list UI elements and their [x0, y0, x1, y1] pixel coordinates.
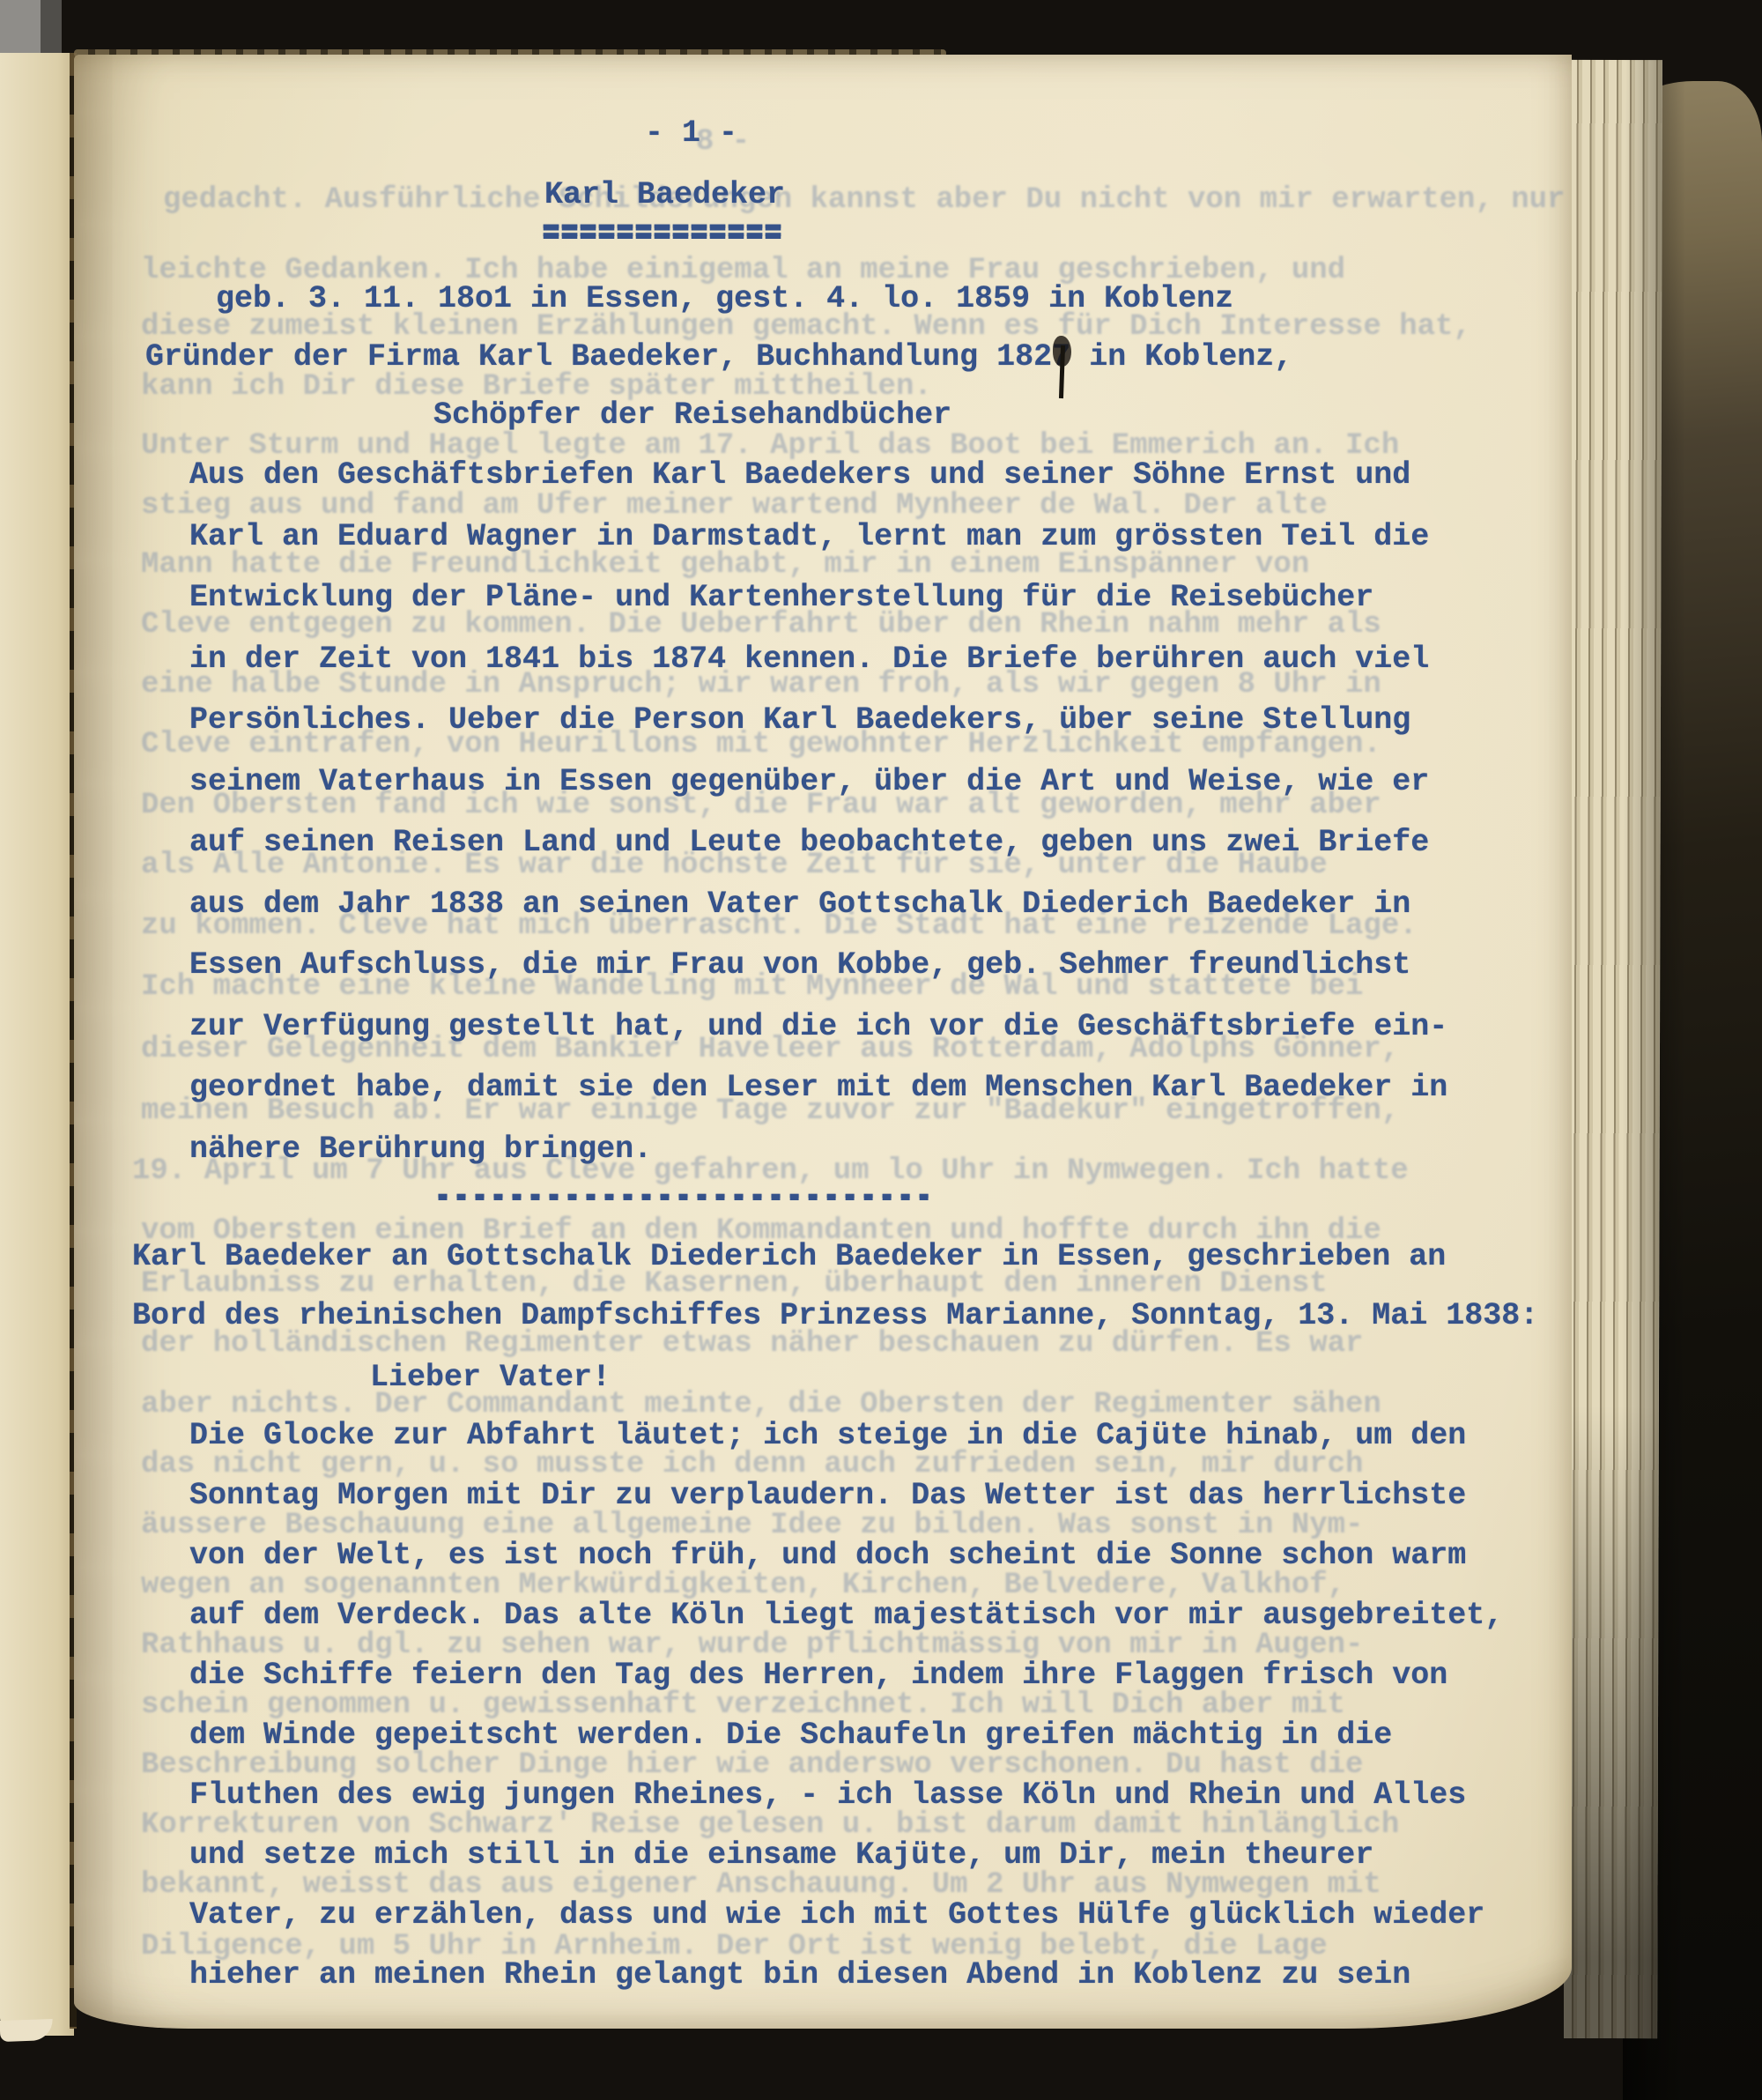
typescript-page — [74, 55, 1572, 2029]
book-scan: 8 - gedacht. Ausführliche Schilderungen … — [0, 0, 1762, 2100]
facing-page-corner — [0, 2019, 53, 2042]
page-edges — [1564, 60, 1662, 2038]
facing-page — [0, 53, 74, 2036]
film-edge-shadow — [41, 0, 62, 56]
film-edge — [0, 0, 41, 56]
